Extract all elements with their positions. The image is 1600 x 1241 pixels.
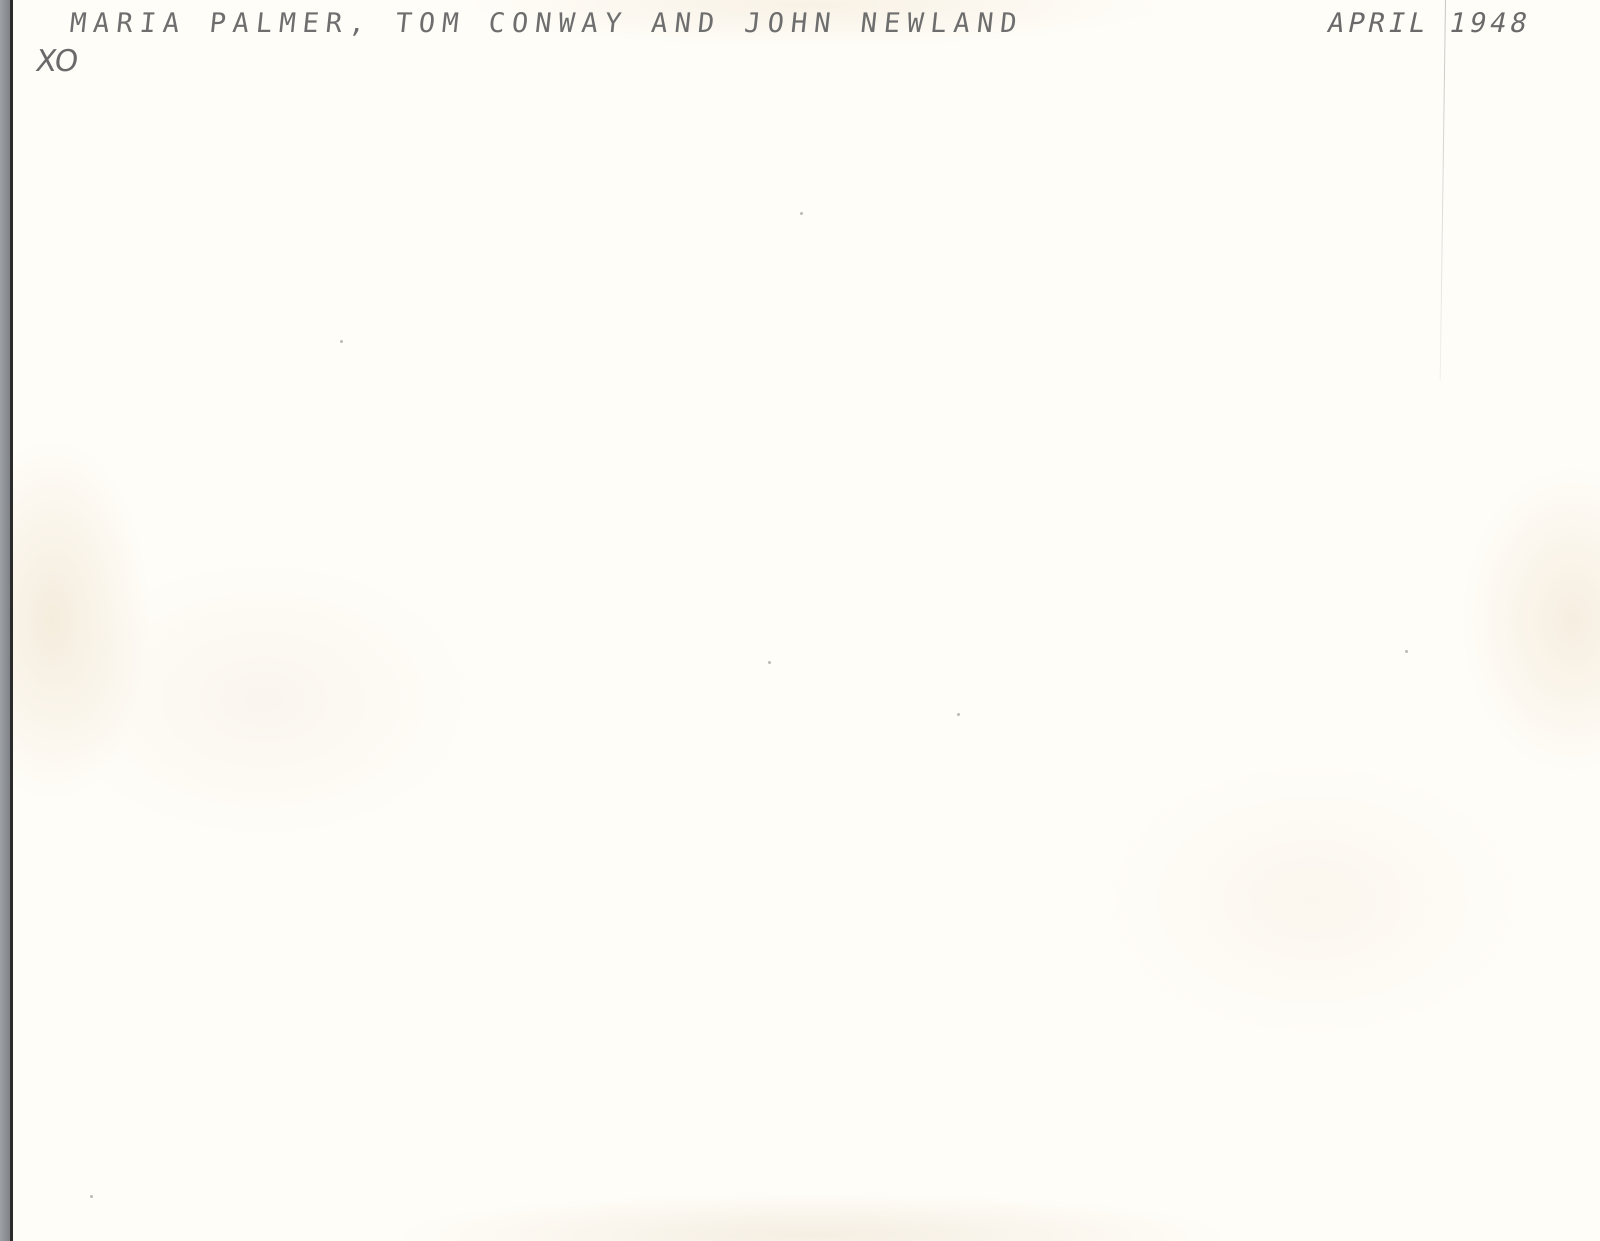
photo-back [10,0,1600,1241]
handwritten-date: APRIL 1948 [1325,8,1534,39]
scanner-background [0,0,10,1241]
handwritten-caption: MARIA PALMER, TOM CONWAY AND JOHN NEWLAN… [68,8,1025,39]
handwritten-mark: XO [34,44,81,79]
